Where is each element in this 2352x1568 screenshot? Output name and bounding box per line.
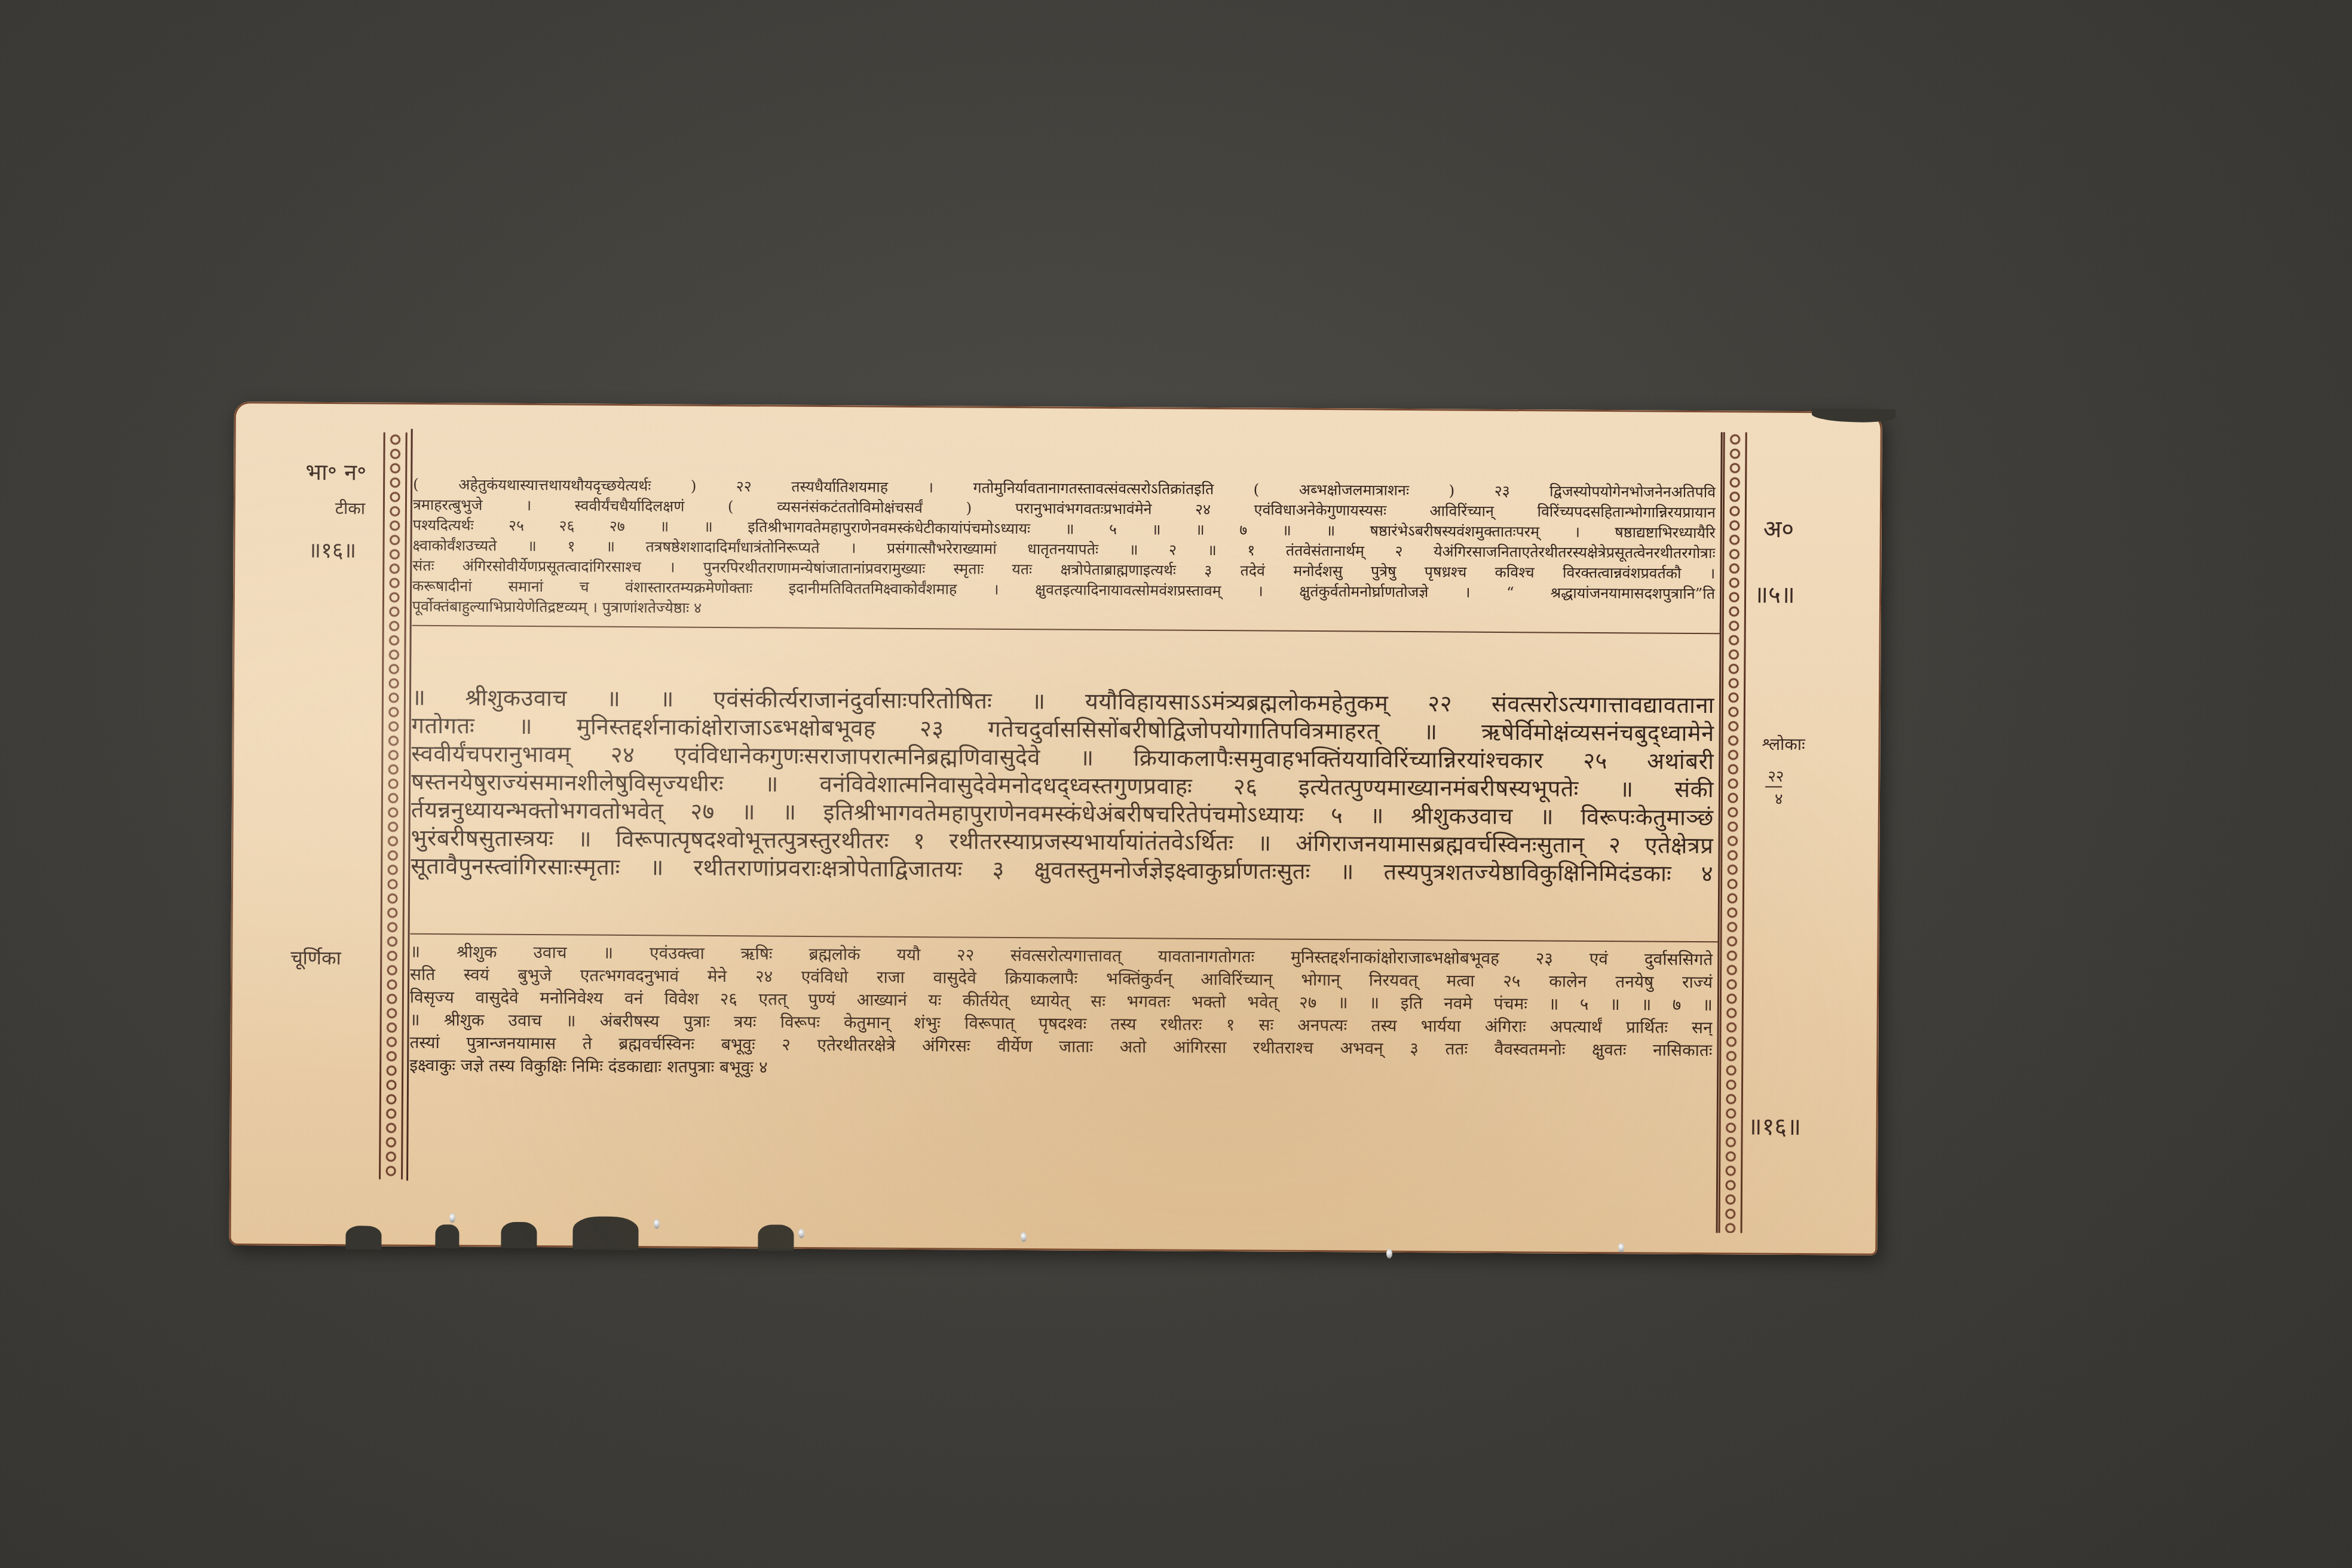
torn-edge — [345, 1226, 381, 1249]
torn-edge — [572, 1216, 638, 1250]
mounting-pin — [654, 1219, 660, 1229]
section-divider — [412, 625, 1721, 634]
commentary-block: ( अहेतुकंयथास्यात्तथायथौयदृच्छयेत्यर्थः … — [412, 474, 1716, 624]
right-ornamental-border — [1719, 432, 1747, 1233]
shloka-label: श्लोकाः — [1762, 733, 1805, 755]
mounting-pin — [449, 1213, 455, 1223]
book-title-abbrev: भा॰ न॰ — [305, 456, 366, 488]
folio-number-right: ॥१६॥ — [1747, 1108, 1801, 1142]
shloka-count-bottom: ४ — [1775, 788, 1783, 809]
shloka-count-top: २२ — [1768, 765, 1784, 786]
torn-edge — [435, 1224, 459, 1248]
torn-edge — [501, 1222, 537, 1248]
churnika-block: ॥ श्रीशुक उवाच ॥ एवंउक्त्वा ऋषिः ब्रह्मल… — [409, 941, 1713, 1085]
left-ornamental-border — [379, 433, 408, 1180]
mounting-pin — [1386, 1249, 1392, 1258]
mounting-pin — [1618, 1243, 1624, 1252]
torn-edge — [758, 1224, 794, 1251]
mounting-pin — [798, 1229, 804, 1238]
churnika-label: चूर्णिका — [290, 945, 341, 971]
commentary-label: टीका — [335, 497, 365, 519]
manuscript-page: भा॰ न॰ टीका ॥१६॥ चूर्णिका अ० ॥५॥ श्लोकाः… — [229, 402, 1882, 1255]
folio-number-left: ॥१६॥ — [308, 535, 356, 564]
torn-edge — [1812, 409, 1895, 422]
verse-block: ॥ श्रीशुकउवाच ॥ ॥ एवंसंकीर्त्यराजानंदुर्… — [411, 684, 1714, 888]
adhyaya-number: ॥५॥ — [1754, 577, 1795, 610]
adhyaya-label: अ० — [1763, 512, 1794, 544]
mounting-pin — [1021, 1232, 1027, 1242]
